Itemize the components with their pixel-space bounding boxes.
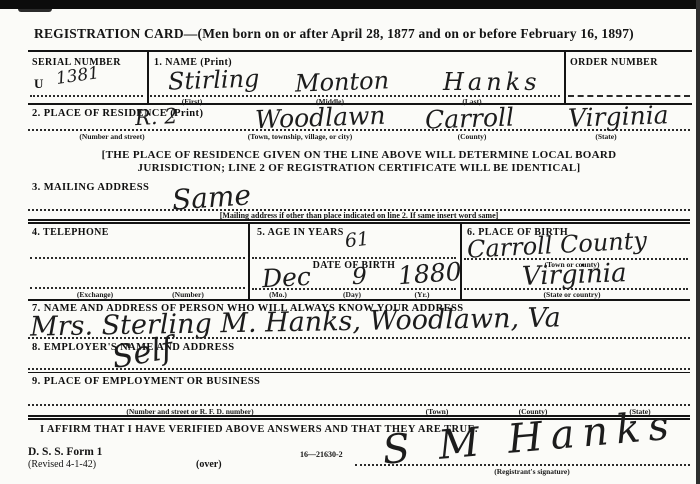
order-number-label: ORDER NUMBER bbox=[570, 57, 658, 68]
order-write-line bbox=[568, 95, 690, 97]
row456-divider-left bbox=[248, 222, 250, 299]
residence-town-value: Woodlawn bbox=[255, 103, 386, 133]
birth-year-value: 1880 bbox=[397, 259, 462, 288]
telephone-write-line-2 bbox=[30, 287, 245, 289]
registration-card-scan: REGISTRATION CARD—(Men born on or after … bbox=[0, 0, 700, 484]
jurisdiction-notice-line1: [THE PLACE OF RESIDENCE GIVEN ON THE LIN… bbox=[28, 149, 690, 161]
employment-write-line bbox=[28, 404, 690, 406]
print-code: 16—21630-2 bbox=[300, 450, 343, 459]
serial-write-line bbox=[30, 95, 143, 97]
residence-sub-state: (State) bbox=[595, 132, 616, 141]
name-middle-value: Monton bbox=[295, 68, 390, 95]
mailing-double-rule-bottom bbox=[28, 222, 690, 224]
employer-bottom-rule bbox=[28, 372, 690, 373]
contact-value: Mrs. Sterling M. Hanks, Woodlawn, Va bbox=[30, 304, 561, 340]
employer-write-line bbox=[28, 368, 690, 370]
row1-divider-right bbox=[564, 52, 566, 104]
row456-bottom-rule bbox=[28, 299, 690, 301]
residence-sub-county: (County) bbox=[458, 132, 487, 141]
mailing-address-label: 3. MAILING ADDRESS bbox=[32, 182, 149, 193]
name-write-line bbox=[150, 95, 560, 97]
birth-place-sub-state: (State or country) bbox=[544, 290, 601, 299]
telephone-sub-exchange: (Exchange) bbox=[77, 290, 113, 299]
residence-write-line bbox=[28, 129, 690, 131]
residence-street-value: R. 2 bbox=[134, 106, 178, 129]
birth-date-sub-day: (Day) bbox=[343, 290, 361, 299]
serial-number-value: 1381 bbox=[55, 65, 100, 88]
employment-label: 9. PLACE OF EMPLOYMENT OR BUSINESS bbox=[32, 376, 260, 387]
residence-sub-town: (Town, township, village, or city) bbox=[248, 132, 352, 141]
mailing-double-rule-top bbox=[28, 219, 690, 221]
birth-place-state-value: Virginia bbox=[522, 260, 627, 290]
telephone-sub-number: (Number) bbox=[172, 290, 204, 299]
scan-top-band bbox=[0, 0, 700, 9]
scan-right-edge bbox=[696, 0, 700, 484]
age-label: 5. AGE IN YEARS bbox=[257, 227, 344, 238]
residence-state-value: Virginia bbox=[568, 102, 669, 130]
signature-sub-label: (Registrant's signature) bbox=[494, 467, 569, 476]
name-first-value: Stirling bbox=[168, 66, 260, 93]
name-sub-first: (First) bbox=[182, 97, 202, 106]
serial-number-prefix: U bbox=[34, 76, 43, 92]
residence-sub-street: (Number and street) bbox=[79, 132, 144, 141]
signature-write-line bbox=[355, 464, 690, 466]
birth-day-value: 9 bbox=[352, 266, 367, 289]
birth-date-sub-year: (Yr.) bbox=[415, 290, 430, 299]
jurisdiction-notice-line2: JURISDICTION; LINE 2 OF REGISTRATION CER… bbox=[28, 162, 690, 174]
telephone-write-line-1 bbox=[30, 257, 245, 259]
header-rule bbox=[28, 50, 692, 52]
name-last-value: Hanks bbox=[443, 70, 541, 94]
card-title: REGISTRATION CARD—(Men born on or after … bbox=[34, 26, 634, 42]
age-value: 61 bbox=[344, 230, 370, 251]
form-number: D. S. S. Form 1 bbox=[28, 446, 102, 458]
birth-date-sub-month: (Mo.) bbox=[269, 290, 287, 299]
birth-place-town-value: Carroll County bbox=[466, 228, 647, 261]
row1-divider-left bbox=[147, 52, 149, 104]
form-revision: (Revised 4-1-42) bbox=[28, 459, 96, 470]
scan-notch bbox=[18, 9, 52, 12]
over-note: (over) bbox=[196, 459, 222, 470]
telephone-label: 4. TELEPHONE bbox=[32, 227, 109, 238]
